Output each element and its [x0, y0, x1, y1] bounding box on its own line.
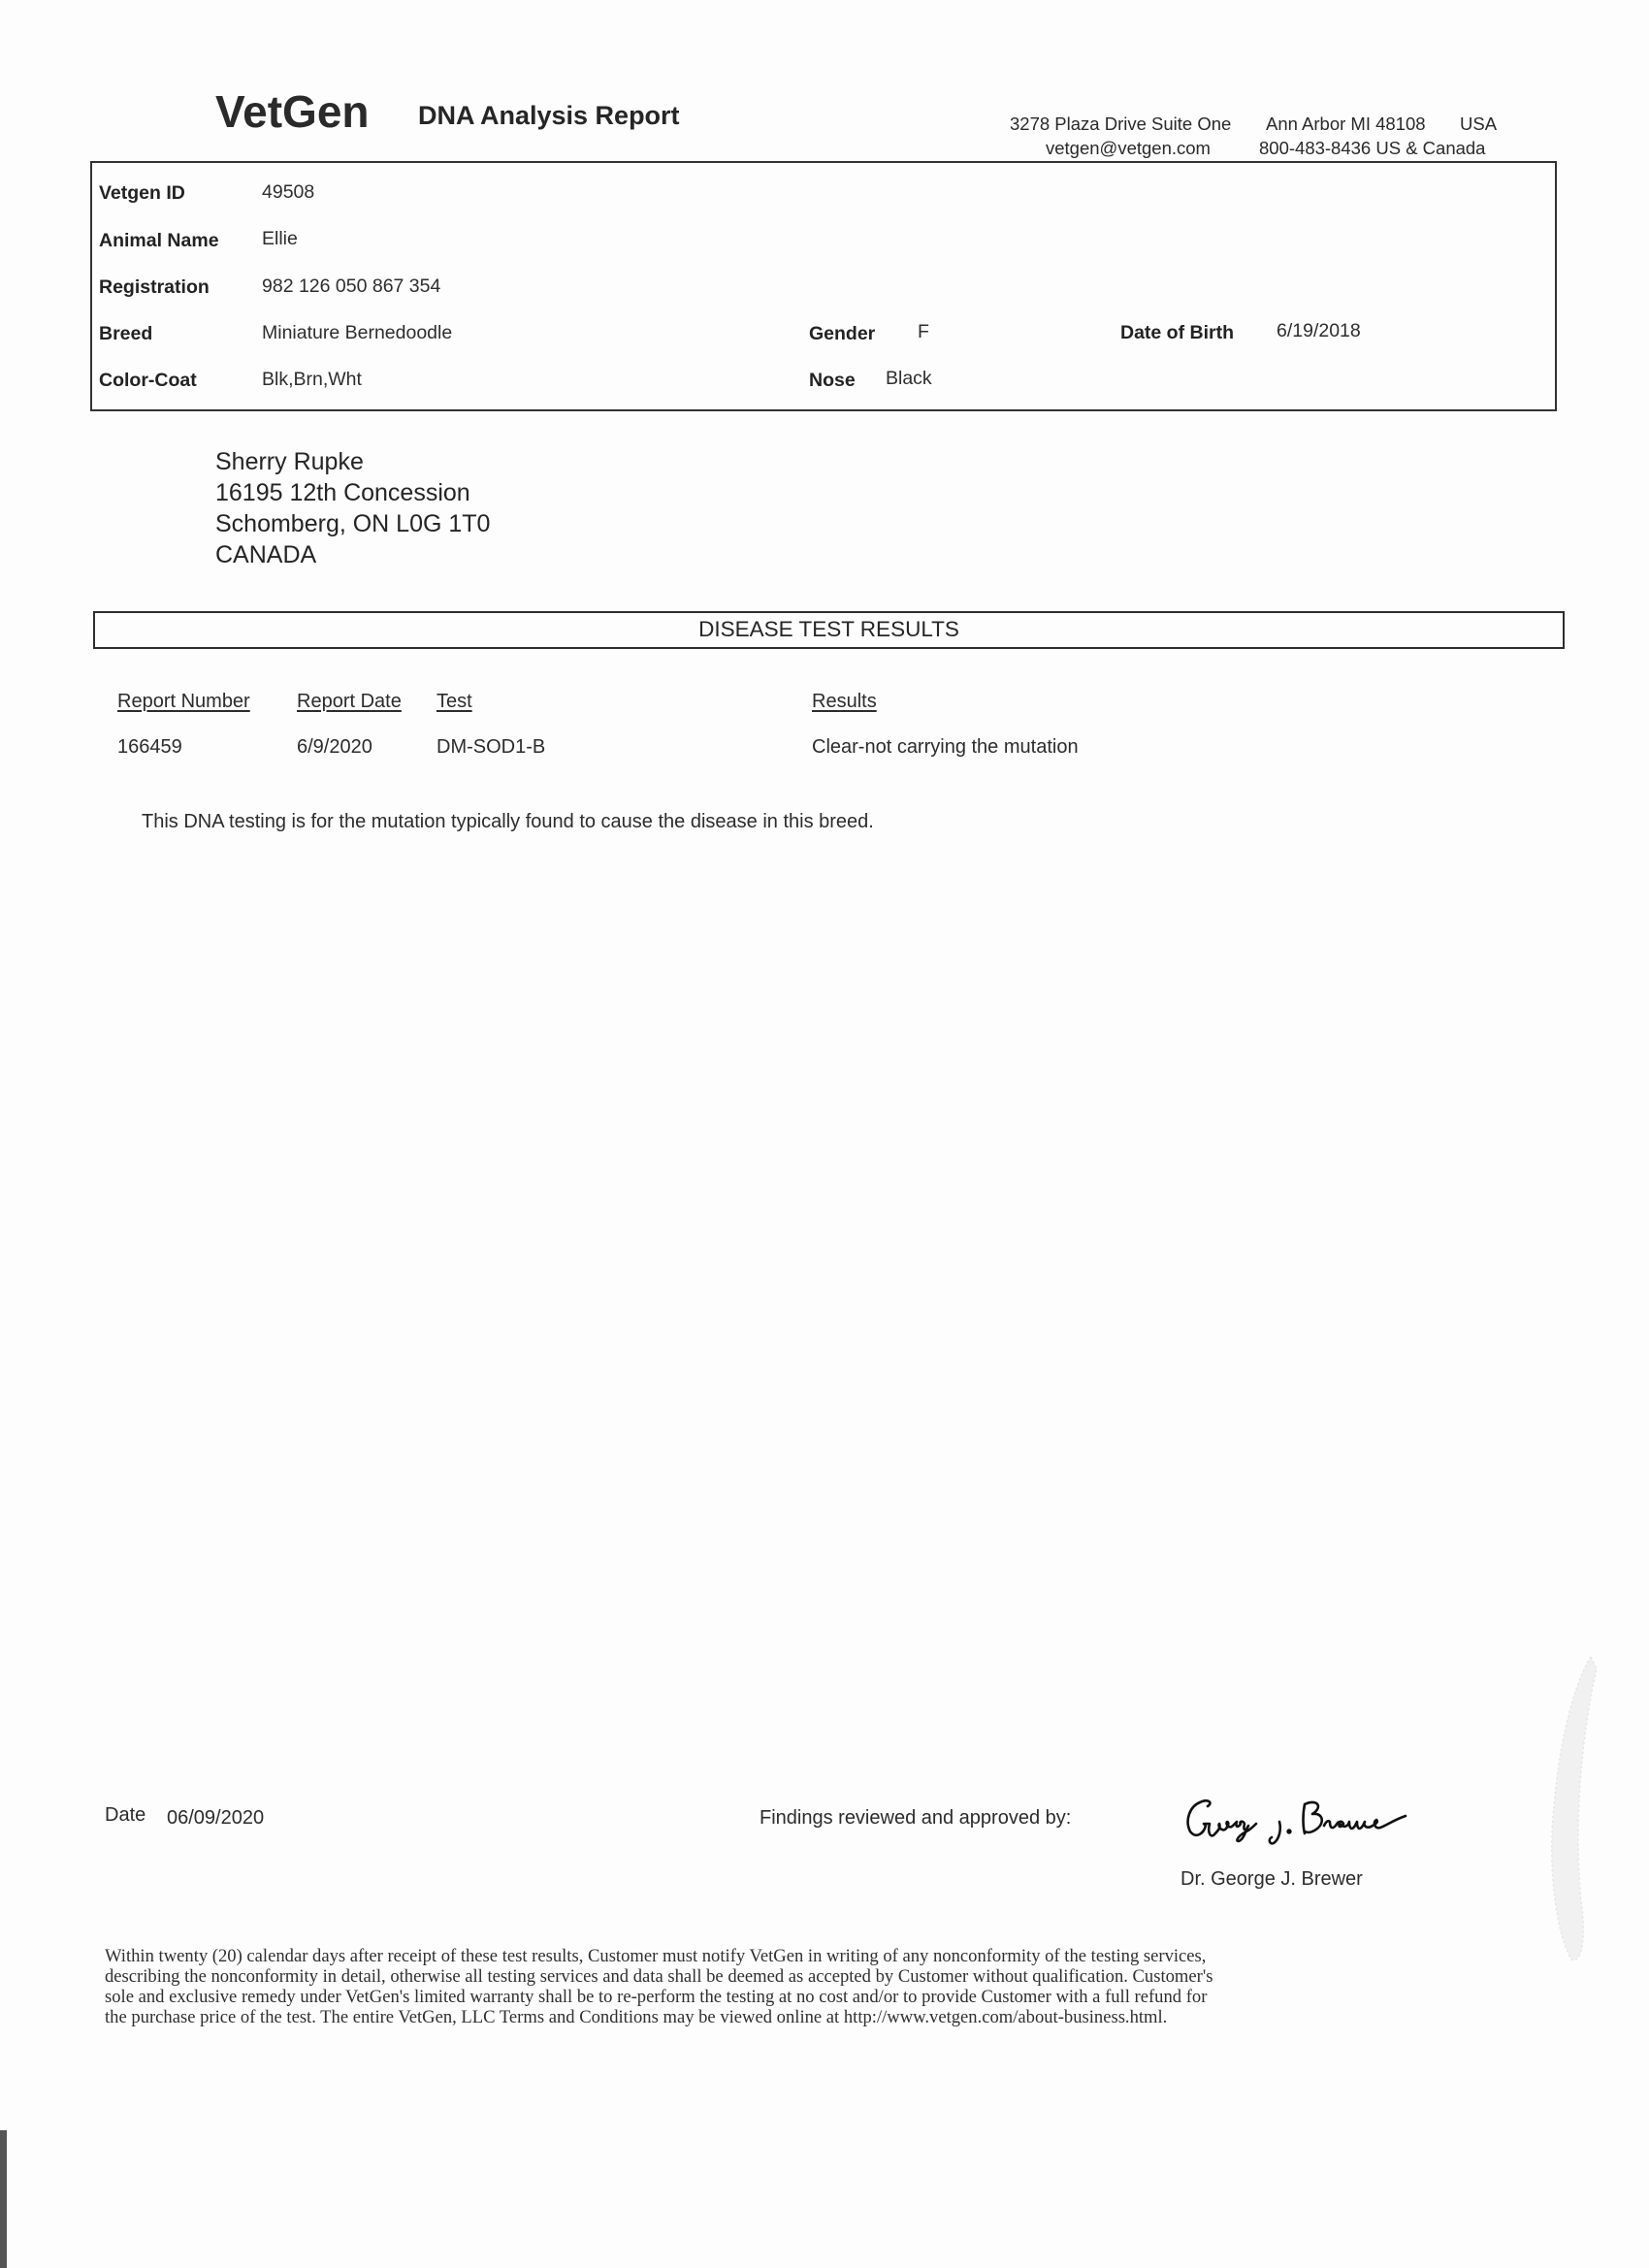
- registration-value: 982 126 050 867 354: [262, 275, 440, 298]
- contact-phone: 800-483-8436 US & Canada: [1259, 138, 1485, 159]
- scan-edge-artifact: [0, 2130, 7, 2268]
- owner-country: CANADA: [215, 541, 316, 569]
- breed-label: Breed: [99, 323, 152, 345]
- testing-note: This DNA testing is for the mutation typ…: [142, 811, 874, 833]
- report-number-cell: 166459: [117, 736, 182, 759]
- gender-value: F: [918, 321, 929, 343]
- legal-line: describing the nonconformity in detail, …: [105, 1966, 1395, 1987]
- address-country: USA: [1460, 113, 1497, 135]
- vetgen-id-label: Vetgen ID: [99, 182, 185, 205]
- legal-line: sole and exclusive remedy under VetGen's…: [105, 1987, 1395, 2007]
- address-city: Ann Arbor MI 48108: [1266, 113, 1426, 135]
- date-of-birth-label: Date of Birth: [1120, 322, 1234, 344]
- report-date-cell: 6/9/2020: [297, 736, 372, 759]
- owner-name: Sherry Rupke: [215, 448, 364, 476]
- column-header-report-number: Report Number: [117, 691, 250, 713]
- approval-label: Findings reviewed and approved by:: [760, 1807, 1071, 1830]
- column-header-report-date: Report Date: [297, 691, 402, 713]
- column-header-results: Results: [812, 691, 877, 713]
- column-header-test: Test: [436, 691, 472, 713]
- animal-name-label: Animal Name: [99, 230, 219, 252]
- vetgen-id-value: 49508: [262, 181, 314, 204]
- gender-label: Gender: [809, 323, 875, 345]
- color-coat-value: Blk,Brn,Wht: [262, 369, 362, 391]
- signature-image: [1179, 1793, 1450, 1851]
- date-value: 06/09/2020: [167, 1807, 264, 1830]
- nose-value: Black: [886, 368, 932, 390]
- animal-name-value: Ellie: [262, 228, 298, 250]
- breed-value: Miniature Bernedoodle: [262, 322, 452, 344]
- legal-line: Within twenty (20) calendar days after r…: [105, 1946, 1395, 1966]
- owner-street: 16195 12th Concession: [215, 479, 470, 507]
- address-street: 3278 Plaza Drive Suite One: [1010, 113, 1231, 135]
- section-header-disease-test-results: DISEASE TEST RESULTS: [93, 611, 1565, 649]
- nose-label: Nose: [809, 370, 856, 392]
- result-cell: Clear-not carrying the mutation: [812, 736, 1079, 759]
- scan-smudge: [1542, 1649, 1600, 1979]
- color-coat-label: Color-Coat: [99, 370, 197, 392]
- registration-label: Registration: [99, 276, 210, 299]
- legal-disclaimer: Within twenty (20) calendar days after r…: [105, 1946, 1395, 2027]
- owner-city-line: Schomberg, ON L0G 1T0: [215, 510, 490, 538]
- report-title: DNA Analysis Report: [418, 101, 680, 131]
- brand-logo-text: VetGen: [215, 85, 370, 138]
- contact-email[interactable]: vetgen@vetgen.com: [1046, 138, 1211, 159]
- test-cell: DM-SOD1-B: [436, 736, 545, 759]
- signer-name: Dr. George J. Brewer: [1180, 1868, 1363, 1891]
- date-of-birth-value: 6/19/2018: [1277, 320, 1361, 342]
- date-label: Date: [105, 1804, 145, 1827]
- legal-line: the purchase price of the test. The enti…: [105, 2007, 1395, 2027]
